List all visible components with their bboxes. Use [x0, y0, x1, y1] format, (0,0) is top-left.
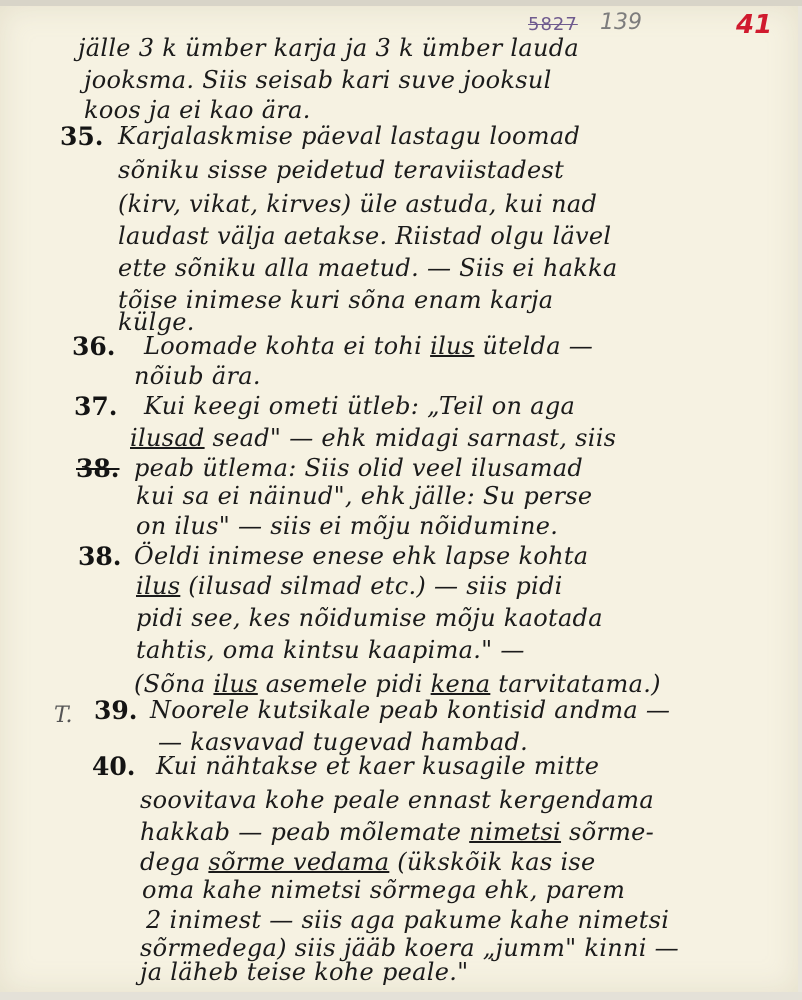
item-number-35: 35. [60, 122, 104, 151]
underlined-word: ilusad [130, 424, 205, 452]
text-line: soovitava kohe peale ennast kergendama [140, 786, 654, 814]
text-line: Noorele kutsikale peab kontisid andma — [150, 696, 670, 724]
underlined-word: ilus [430, 332, 474, 360]
underlined-word: nimetsi [469, 818, 561, 846]
margin-mark: T. [54, 703, 72, 728]
scan-bottom-edge [0, 992, 802, 1000]
text-line: jooksma. Siis seisab kari suve jooksul [84, 66, 552, 94]
text-line: koos ja ei kao ära. [84, 96, 311, 124]
text-line: ette sõniku alla maetud. — Siis ei hakka [118, 254, 617, 282]
text-line: oma kahe nimetsi sõrmega ehk, parem [142, 876, 625, 904]
text-line: sõniku sisse peidetud teraviistadest [118, 156, 564, 184]
text-line: Kui keegi ometi ütleb: „Teil on aga [144, 392, 575, 420]
manuscript-page: 5827 139 41 T. jälle 3 k ümber karja ja … [0, 6, 798, 992]
text-line: (Sõna ilus asemele pidi kena tarvitatama… [134, 670, 661, 698]
item-number-40: 40. [92, 752, 136, 781]
text-line: pidi see, kes nõidumise mõju kaotada [136, 604, 603, 632]
text-line: tahtis, oma kintsu kaapima." — [136, 636, 525, 664]
item-number-39: 39. [94, 696, 138, 725]
text-line: laudast välja aetakse. Riistad olgu läve… [118, 222, 611, 250]
underlined-word: sõrme vedama [208, 848, 389, 876]
item-number-37: 37. [74, 392, 118, 421]
text-line: Loomade kohta ei tohi ilus ütelda — [144, 332, 593, 360]
text-line: dega sõrme vedama (ükskõik kas ise [140, 848, 596, 876]
text-line: ilusad sead" — ehk midagi sarnast, siis [130, 424, 616, 452]
text-line: 2 inimest — siis aga pakume kahe nimetsi [146, 906, 669, 934]
text-line: kui sa ei näinud", ehk jälle: Su perse [136, 482, 592, 510]
text-line: ilus (ilusad silmad etc.) — siis pidi [136, 572, 563, 600]
underlined-word: ilus [136, 572, 180, 600]
text-line: nõiub ära. [134, 362, 261, 390]
item-number-38: 38. [78, 542, 122, 571]
text-line: Öeldi inimese enese ehk lapse kohta [134, 542, 588, 570]
text-line: jälle 3 k ümber karja ja 3 k ümber lauda [78, 34, 579, 62]
item-number-36: 36. [72, 332, 116, 361]
text-line: (kirv, vikat, kirves) üle astuda, kui na… [118, 190, 597, 218]
underlined-word: kena [431, 670, 491, 698]
text-line: peab ütlema: Siis olid veel ilusamad [134, 454, 583, 482]
item-number-struck: 38. [76, 454, 120, 483]
text-line: on ilus" — siis ei mõju nõidumine. [136, 512, 558, 540]
text-line: hakkab — peab mõlemate nimetsi sõrme- [140, 818, 654, 846]
underlined-word: ilus [213, 670, 257, 698]
text-line: Karjalaskmise päeval lastagu loomad [118, 122, 580, 150]
archive-number-struck: 5827 [528, 14, 578, 35]
text-line: Kui nähtakse et kaer kusagile mitte [156, 752, 599, 780]
folio-number: 41 [736, 10, 772, 40]
pencil-page-number: 139 [600, 10, 642, 35]
text-line: ja läheb teise kohe peale." [140, 958, 469, 986]
